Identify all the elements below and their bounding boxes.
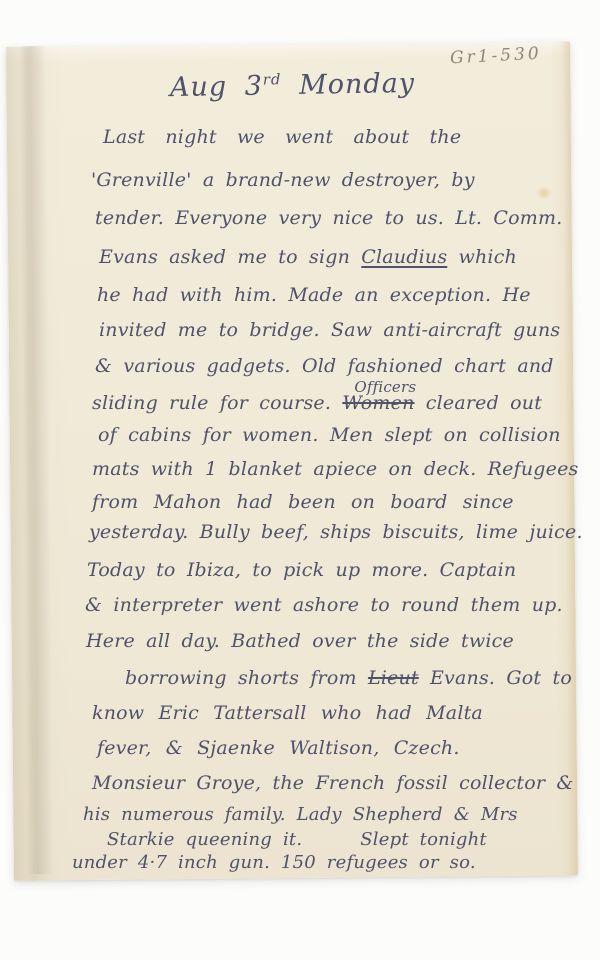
handwriting-line: invited me to bridge. Saw anti-aircraft …: [99, 319, 560, 341]
text-segment: know Eric Tattersall who had Malta: [92, 702, 483, 724]
handwriting-line: borrowing shorts from Lieut Evans. Got t…: [125, 667, 572, 689]
text-segment: of cabins for women. Men slept on collis…: [98, 424, 561, 446]
text-segment: borrowing shorts from: [125, 667, 368, 689]
handwriting-lines: Last night we went about the'Grenville' …: [0, 0, 600, 960]
text-segment: & interpreter went ashore to round them …: [85, 594, 563, 616]
handwriting-line: & interpreter went ashore to round them …: [85, 594, 563, 616]
handwriting-line: Here all day. Bathed over the side twice: [86, 630, 514, 652]
handwriting-line: under 4·7 inch gun. 150 refugees or so.: [72, 852, 476, 874]
handwriting-line: Monsieur Groye, the French fossil collec…: [92, 772, 574, 794]
text-segment: Slept tonight: [360, 829, 487, 851]
text-segment: Starkie queening it.: [107, 829, 302, 850]
handwriting-line: tender. Everyone very nice to us. Lt. Co…: [95, 207, 562, 229]
text-segment: from Mahon had been on board since: [92, 491, 514, 513]
text-segment: 'Grenville' a brand-new destroyer, by: [91, 169, 475, 191]
text-segment: fever, & Sjaenke Waltison, Czech.: [97, 737, 460, 759]
inserted-text-above: Officers: [354, 376, 416, 398]
handwriting-line: know Eric Tattersall who had Malta: [92, 702, 483, 724]
text-segment: invited me to bridge. Saw anti-aircraft …: [99, 319, 560, 341]
handwriting-line: he had with him. Made an exception. He: [97, 284, 531, 306]
handwriting-line: sliding rule for course. OfficersWomen c…: [92, 392, 542, 414]
text-segment: tender. Everyone very nice to us. Lt. Co…: [95, 207, 562, 229]
text-segment: Last night we went about the: [103, 126, 461, 148]
text-segment: sliding rule for course.: [92, 392, 342, 414]
handwriting-line: fever, & Sjaenke Waltison, Czech.: [97, 737, 460, 759]
text-segment: Evans asked me to sign: [99, 246, 361, 268]
text-segment: Here all day. Bathed over the side twice: [86, 630, 514, 652]
text-segment: Monsieur Groye, the French fossil collec…: [92, 772, 574, 794]
text-segment: mats with 1 blanket apiece on deck. Refu…: [92, 458, 579, 480]
manuscript-photo: Gr1-530 Aug 3rd Monday Last night we wen…: [0, 0, 600, 960]
text-segment: under 4·7 inch gun. 150 refugees or so.: [72, 852, 476, 873]
text-segment: his numerous family. Lady Shepherd & Mrs: [83, 804, 518, 825]
struck-out-text: Lieut: [368, 667, 419, 689]
handwriting-line: Last night we went about the: [103, 126, 461, 148]
handwriting-line: Evans asked me to sign Claudius which: [99, 246, 517, 268]
handwriting-line: & various gadgets. Old fashioned chart a…: [95, 355, 554, 377]
handwriting-line: of cabins for women. Men slept on collis…: [98, 424, 561, 446]
text-segment: Today to Ibiza, to pick up more. Captain: [87, 559, 516, 581]
text-segment: which: [447, 246, 517, 268]
text-segment: he had with him. Made an exception. He: [97, 284, 531, 306]
handwritten-correction: OfficersWomen: [342, 392, 414, 414]
text-segment: cleared out: [415, 392, 543, 414]
text-segment: Evans. Got to: [419, 667, 572, 689]
handwriting-line: 'Grenville' a brand-new destroyer, by: [91, 169, 475, 191]
handwriting-line: yesterday. Bully beef, ships biscuits, l…: [89, 521, 583, 543]
handwriting-line: Starkie queening it.Slept tonight: [107, 829, 487, 851]
handwriting-line: mats with 1 blanket apiece on deck. Refu…: [92, 458, 579, 480]
handwriting-line: from Mahon had been on board since: [92, 491, 514, 513]
underlined-text: Claudius: [361, 246, 447, 268]
text-segment: & various gadgets. Old fashioned chart a…: [95, 355, 554, 377]
handwriting-line: his numerous family. Lady Shepherd & Mrs: [83, 804, 518, 826]
text-segment: yesterday. Bully beef, ships biscuits, l…: [89, 521, 583, 543]
handwriting-line: Today to Ibiza, to pick up more. Captain: [87, 559, 516, 581]
